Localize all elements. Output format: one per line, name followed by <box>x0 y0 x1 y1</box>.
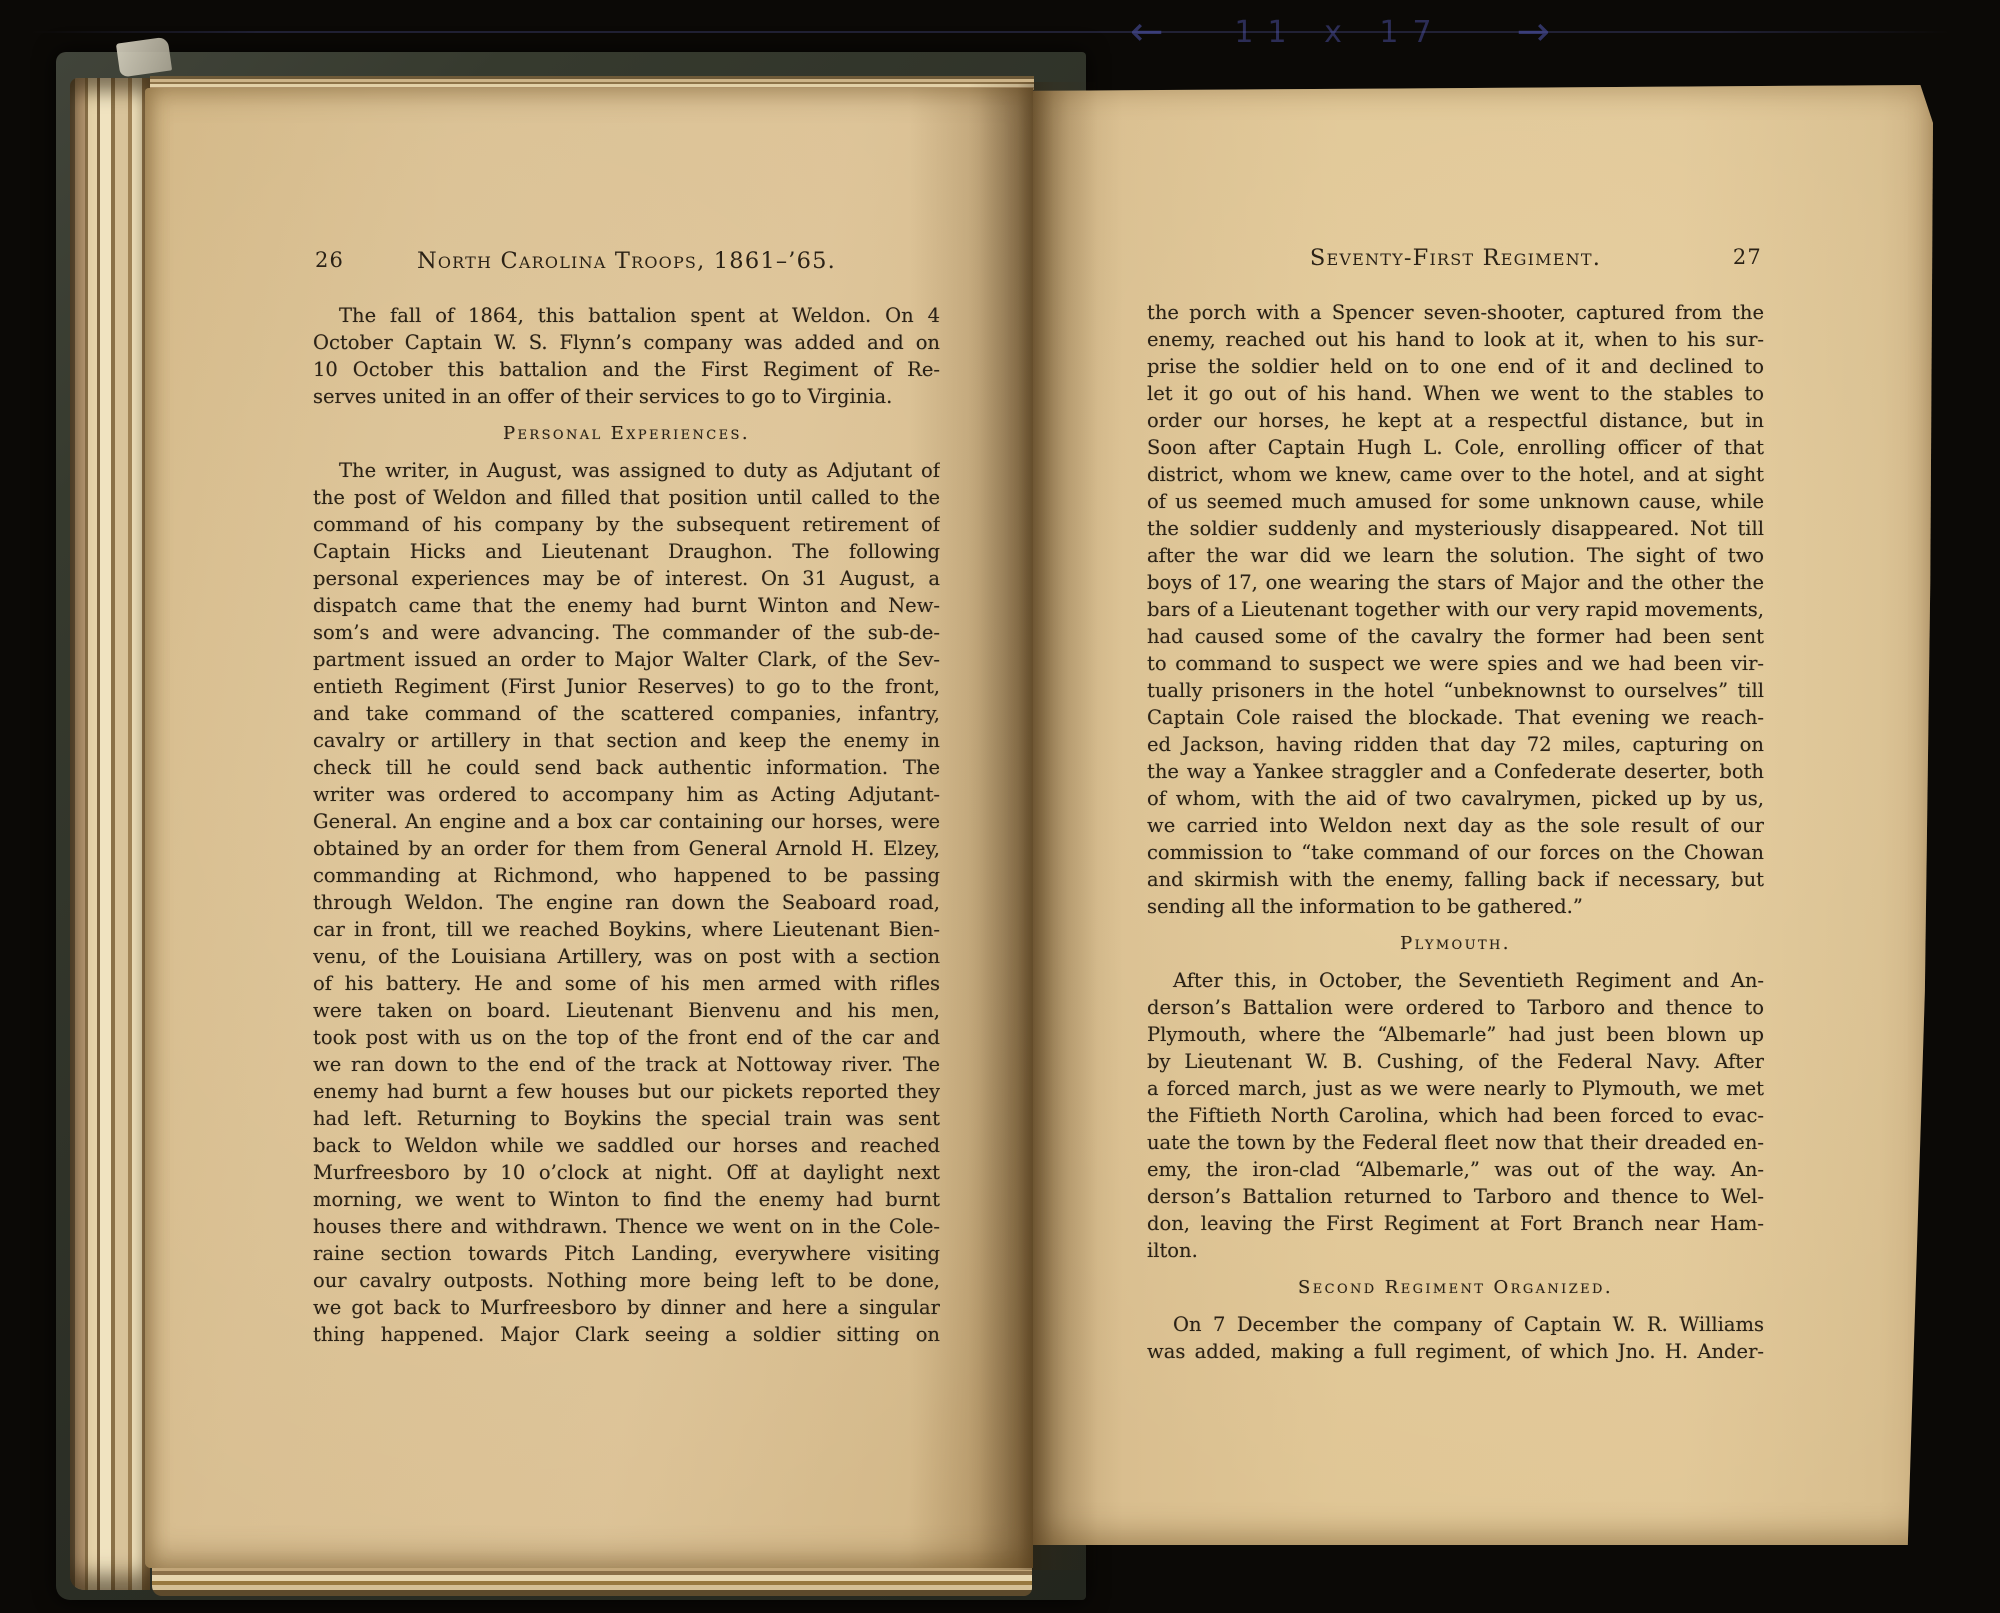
text-line: venu, of the Louisiana Artillery, was on… <box>313 943 940 970</box>
text-line: sending all the information to be gather… <box>1147 893 1764 920</box>
text-line: the soldier suddenly and mysteriously di… <box>1147 515 1764 542</box>
text-line: of his battery. He and some of his men a… <box>313 970 940 997</box>
left-arrow-icon: ← <box>1130 9 1164 55</box>
text-line: car in front, till we reached Boykins, w… <box>313 916 940 943</box>
text-line: after the war did we learn the solution.… <box>1147 542 1764 569</box>
text-line: cavalry or artillery in that section and… <box>313 727 940 754</box>
text-line: a forced march, just as we were nearly t… <box>1147 1075 1764 1102</box>
text-line: morning, we went to Winton to find the e… <box>313 1186 940 1213</box>
text-line: commanding at Richmond, who happened to … <box>313 862 940 889</box>
text-line: personal experiences may be of interest.… <box>313 565 940 592</box>
text-line: serves united in an offer of their servi… <box>313 383 940 410</box>
text-line: the Fiftieth North Carolina, which had b… <box>1147 1102 1764 1129</box>
text-line: and skirmish with the enemy, falling bac… <box>1147 866 1764 893</box>
text-line: Plymouth, where the “Albemarle” had just… <box>1147 1021 1764 1048</box>
text-line: enemy, reached out his hand to look at i… <box>1147 326 1764 353</box>
text-line: After this, in October, the Seventieth R… <box>1147 967 1764 994</box>
text-line: district, whom we knew, came over to the… <box>1147 461 1764 488</box>
text-line: 10 October this battalion and the First … <box>313 356 940 383</box>
text-line: October Captain W. S. Flynn’s company wa… <box>313 329 940 356</box>
text-line: we got back to Murfreesboro by dinner an… <box>313 1294 940 1321</box>
text-line: command of his company by the subsequent… <box>313 511 940 538</box>
text-line: through Weldon. The engine ran down the … <box>313 889 940 916</box>
text-line: were taken on board. Lieutenant Bienvenu… <box>313 997 940 1024</box>
right-arrow-icon: → <box>1516 9 1550 55</box>
text-line: Captain Hicks and Lieutenant Draughon. T… <box>313 538 940 565</box>
text-line: entieth Regiment (First Junior Reserves)… <box>313 673 940 700</box>
text-line: had caused some of the cavalry the forme… <box>1147 623 1764 650</box>
running-title-left: North Carolina Troops, 1861–’65. <box>313 248 940 274</box>
scale-line <box>30 31 1950 33</box>
section-heading: Plymouth. <box>1147 933 1764 955</box>
section-heading: Second Regiment Organized. <box>1147 1277 1764 1299</box>
paragraph: After this, in October, the Seventieth R… <box>1147 967 1764 1264</box>
text-line: emy, the iron-clad “Albemarle,” was out … <box>1147 1156 1764 1183</box>
text-line: the porch with a Spencer seven-shooter, … <box>1147 299 1764 326</box>
text-line: partment issued an order to Major Walter… <box>313 646 940 673</box>
text-line: of us seemed much amused for some unknow… <box>1147 488 1764 515</box>
text-line: the way a Yankee straggler and a Confede… <box>1147 758 1764 785</box>
bottom-sheet-edges <box>152 1566 1032 1596</box>
text-line: was added, making a full regiment, of wh… <box>1147 1338 1764 1365</box>
text-line: the post of Weldon and filled that posit… <box>313 484 940 511</box>
text-line: dispatch came that the enemy had burnt W… <box>313 592 940 619</box>
right-page-body: the porch with a Spencer seven-shooter, … <box>1147 299 1764 1365</box>
text-line: Soon after Captain Hugh L. Cole, enrolli… <box>1147 434 1764 461</box>
text-line: let it go out of his hand. When we went … <box>1147 380 1764 407</box>
page-edge-stack <box>70 78 150 1590</box>
text-line: took post with us on the top of the fron… <box>313 1024 940 1051</box>
text-line: don, leaving the First Regiment at Fort … <box>1147 1210 1764 1237</box>
text-line: check till he could send back authentic … <box>313 754 940 781</box>
left-page: 26 North Carolina Troops, 1861–’65. The … <box>145 88 1033 1568</box>
text-line: tually prisoners in the hotel “unbeknown… <box>1147 677 1764 704</box>
running-head-right: Seventy-First Regiment. 27 <box>1147 245 1764 277</box>
paragraph: The fall of 1864, this battalion spent a… <box>313 302 940 410</box>
text-line: enemy had burnt a few houses but our pic… <box>313 1078 940 1105</box>
text-line: obtained by an order for them from Gener… <box>313 835 940 862</box>
text-line: back to Weldon while we saddled our hors… <box>313 1132 940 1159</box>
text-line: uate the town by the Federal fleet now t… <box>1147 1129 1764 1156</box>
paragraph: the porch with a Spencer seven-shooter, … <box>1147 299 1764 920</box>
text-line: Captain Cole raised the blockade. That e… <box>1147 704 1764 731</box>
text-line: our cavalry outposts. Nothing more being… <box>313 1267 940 1294</box>
text-line: General. An engine and a box car contain… <box>313 808 940 835</box>
text-line: The writer, in August, was assigned to d… <box>313 457 940 484</box>
text-line: bars of a Lieutenant together with our v… <box>1147 596 1764 623</box>
cover-corner-chip <box>116 37 172 78</box>
section-heading: Personal Experiences. <box>313 423 940 445</box>
scale-label: 11 x 17 <box>1234 15 1445 50</box>
text-line: houses there and withdrawn. Thence we we… <box>313 1213 940 1240</box>
text-line: prise the soldier held on to one end of … <box>1147 353 1764 380</box>
book-scan: ← 11 x 17 → 26 North Carolina Troops, 18… <box>0 0 2000 1613</box>
page-number-right: 27 <box>1733 245 1762 269</box>
page-number-left: 26 <box>315 248 344 272</box>
text-line: writer was ordered to accompany him as A… <box>313 781 940 808</box>
scale-annotation: ← 11 x 17 → <box>1130 6 1550 58</box>
running-title-right: Seventy-First Regiment. <box>1147 245 1764 271</box>
text-line: On 7 December the company of Captain W. … <box>1147 1311 1764 1338</box>
text-line: commission to “take command of our force… <box>1147 839 1764 866</box>
text-line: raine section towards Pitch Landing, eve… <box>313 1240 940 1267</box>
text-line: ed Jackson, having ridden that day 72 mi… <box>1147 731 1764 758</box>
text-line: we ran down to the end of the track at N… <box>313 1051 940 1078</box>
left-page-body: The fall of 1864, this battalion spent a… <box>313 302 940 1348</box>
text-line: order our horses, he kept at a respectfu… <box>1147 407 1764 434</box>
paragraph: On 7 December the company of Captain W. … <box>1147 1311 1764 1365</box>
running-head-left: 26 North Carolina Troops, 1861–’65. <box>313 248 940 280</box>
text-line: ilton. <box>1147 1237 1764 1264</box>
text-line: derson’s Battalion returned to Tarboro a… <box>1147 1183 1764 1210</box>
text-line: The fall of 1864, this battalion spent a… <box>313 302 940 329</box>
text-line: boys of 17, one wearing the stars of Maj… <box>1147 569 1764 596</box>
text-line: by Lieutenant W. B. Cushing, of the Fede… <box>1147 1048 1764 1075</box>
paragraph: The writer, in August, was assigned to d… <box>313 457 940 1348</box>
right-page: Seventy-First Regiment. 27 the porch wit… <box>1033 85 1933 1545</box>
text-line: thing happened. Major Clark seeing a sol… <box>313 1321 940 1348</box>
text-line: and take command of the scattered compan… <box>313 700 940 727</box>
text-line: Murfreesboro by 10 o’clock at night. Off… <box>313 1159 940 1186</box>
text-line: som’s and were advancing. The commander … <box>313 619 940 646</box>
text-line: we carried into Weldon next day as the s… <box>1147 812 1764 839</box>
text-line: to command to suspect we were spies and … <box>1147 650 1764 677</box>
text-line: derson’s Battalion were ordered to Tarbo… <box>1147 994 1764 1021</box>
text-line: had left. Returning to Boykins the speci… <box>313 1105 940 1132</box>
text-line: of whom, with the aid of two cavalrymen,… <box>1147 785 1764 812</box>
